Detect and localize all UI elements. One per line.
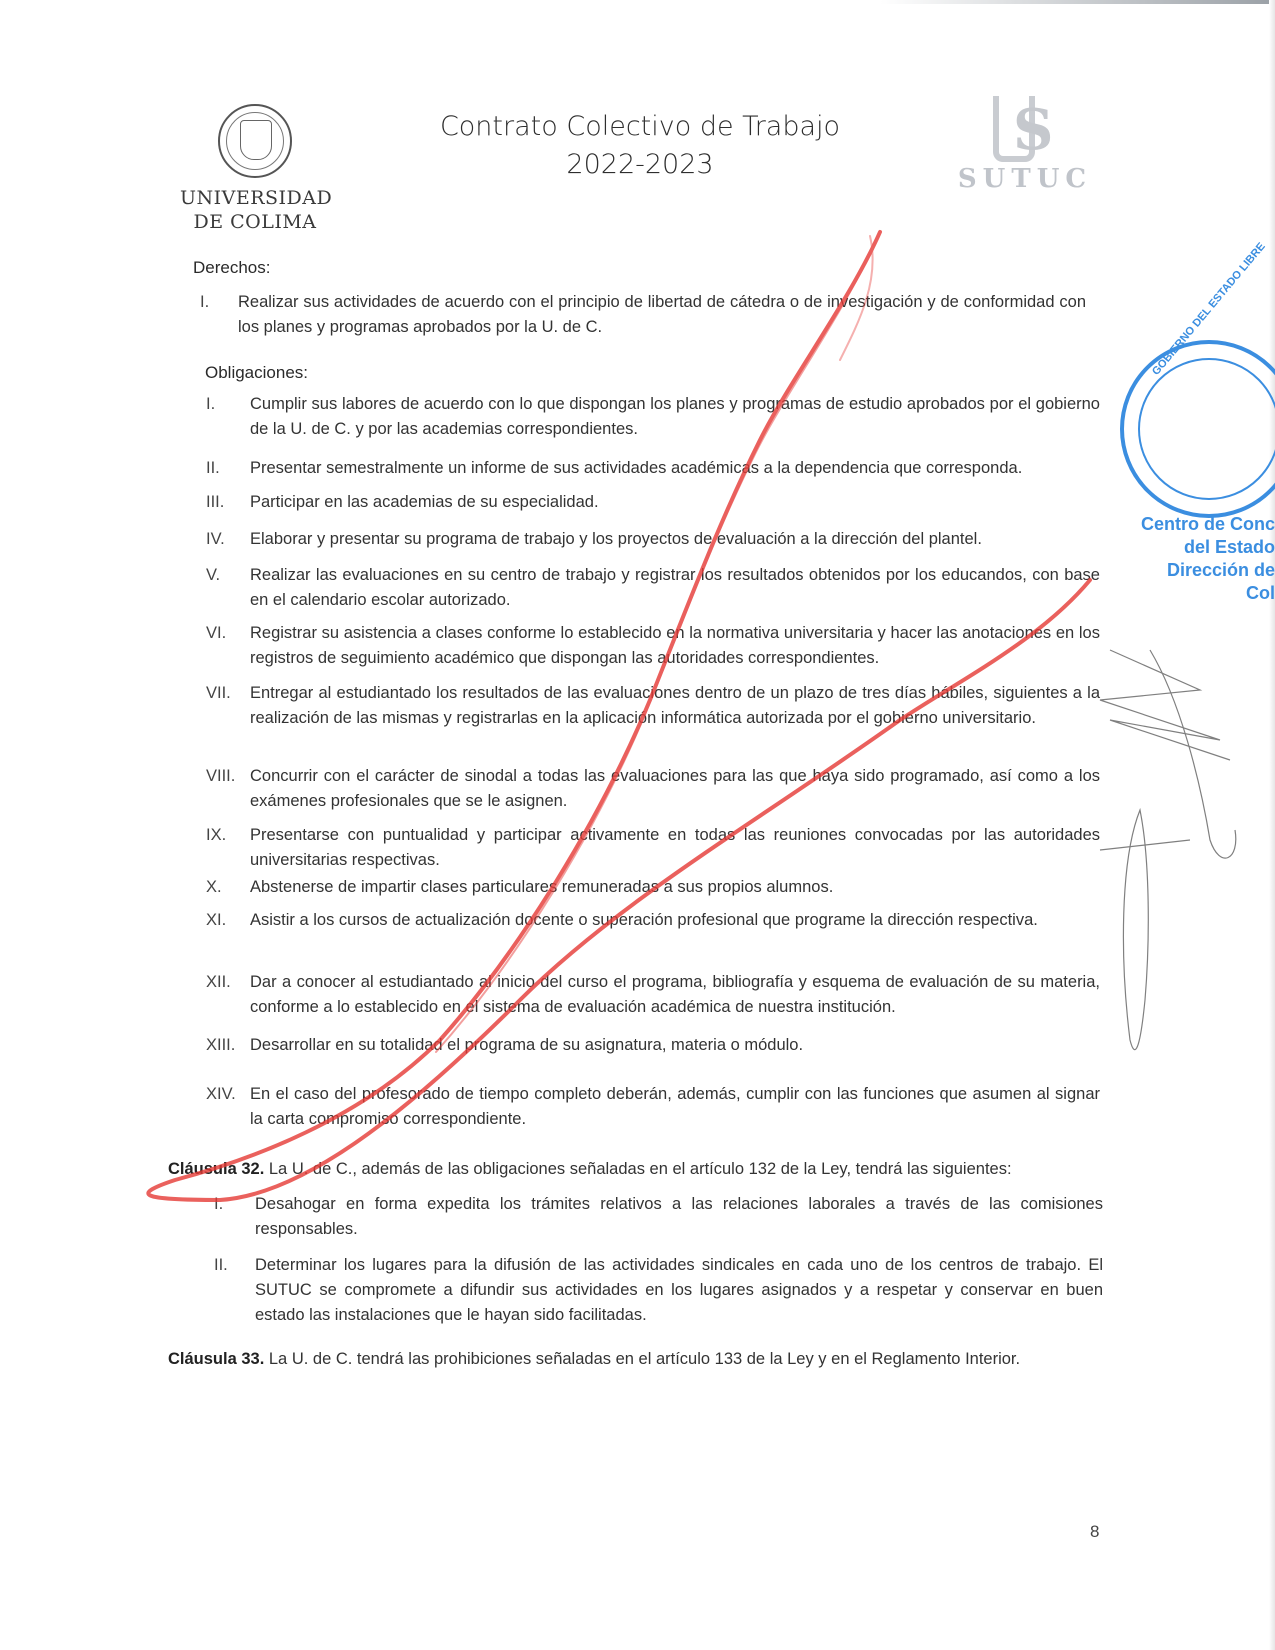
item-number: XIII. xyxy=(206,1033,235,1058)
obligaciones-heading: Obligaciones: xyxy=(205,363,308,383)
obligacion-item: V.Realizar las evaluaciones en su centro… xyxy=(206,563,1100,613)
item-number: II. xyxy=(206,456,220,481)
item-text: Desahogar en forma expedita los trámites… xyxy=(255,1192,1103,1242)
obligacion-item: IV.Elaborar y presentar su programa de t… xyxy=(206,527,1100,552)
item-number: III. xyxy=(206,490,224,515)
obligacion-item: XIV.En el caso del profesorado de tiempo… xyxy=(206,1082,1100,1132)
official-stamp-seal-icon: GOBIERNO DEL ESTADO LIBRE xyxy=(1120,340,1275,518)
clausula-32-item: II.Determinar los lugares para la difusi… xyxy=(214,1253,1103,1328)
obligacion-item: VII.Entregar al estudiantado los resulta… xyxy=(206,681,1100,731)
sutuc-logo: S SUTUC xyxy=(955,92,1095,194)
item-number: IV. xyxy=(206,527,225,552)
item-text: Presentar semestralmente un informe de s… xyxy=(250,456,1100,481)
item-text: Asistir a los cursos de actualización do… xyxy=(250,908,1100,933)
scan-page-edge-right xyxy=(1269,0,1275,1650)
item-text: Desarrollar en su totalidad el programa … xyxy=(250,1033,1100,1058)
item-number: X. xyxy=(206,875,222,900)
sutuc-emblem-icon: S xyxy=(985,92,1065,164)
derecho-item: I.Realizar sus actividades de acuerdo co… xyxy=(200,290,1086,340)
item-number: XI. xyxy=(206,908,226,933)
institution-name: UNIVERSIDAD DE COLIMA xyxy=(180,186,330,234)
obligacion-item: IX.Presentarse con puntualidad y partici… xyxy=(206,823,1100,873)
obligacion-item: XII.Dar a conocer al estudiantado al ini… xyxy=(206,970,1100,1020)
item-text: Entregar al estudiantado los resultados … xyxy=(250,681,1100,731)
official-stamp-text: Centro de Conc del Estado Dirección de C… xyxy=(1085,513,1275,605)
scan-page-edge xyxy=(880,0,1275,4)
item-text: Determinar los lugares para la difusión … xyxy=(255,1253,1103,1328)
derechos-heading: Derechos: xyxy=(193,258,270,278)
clausula-32: Cláusula 32. La U. de C., además de las … xyxy=(168,1160,1012,1179)
item-number: IX. xyxy=(206,823,226,848)
document-title: Contrato Colectivo de Trabajo 2022-2023 xyxy=(360,108,920,184)
item-text: Realizar sus actividades de acuerdo con … xyxy=(238,290,1086,340)
clausula-32-item: I.Desahogar en forma expedita los trámit… xyxy=(214,1192,1103,1242)
item-number: XIV. xyxy=(206,1082,236,1107)
obligacion-item: X.Abstenerse de impartir clases particul… xyxy=(206,875,1100,900)
item-text: Participar en las academias de su especi… xyxy=(250,490,1100,515)
obligacion-item: XIII.Desarrollar en su totalidad el prog… xyxy=(206,1033,1100,1058)
obligacion-item: III.Participar en las academias de su es… xyxy=(206,490,1100,515)
item-number: VI. xyxy=(206,621,226,646)
page-number: 8 xyxy=(1090,1522,1099,1542)
obligacion-item: I.Cumplir sus labores de acuerdo con lo … xyxy=(206,392,1100,442)
item-number: VIII. xyxy=(206,764,235,789)
pencil-signature-mark xyxy=(1100,650,1236,1050)
item-number: I. xyxy=(200,290,209,315)
item-number: XII. xyxy=(206,970,231,995)
item-text: Presentarse con puntualidad y participar… xyxy=(250,823,1100,873)
clausula-33: Cláusula 33. La U. de C. tendrá las proh… xyxy=(168,1350,1020,1369)
item-text: Abstenerse de impartir clases particular… xyxy=(250,875,1100,900)
obligacion-item: XI.Asistir a los cursos de actualización… xyxy=(206,908,1100,933)
document-period: 2022-2023 xyxy=(360,146,920,184)
item-text: En el caso del profesorado de tiempo com… xyxy=(250,1082,1100,1132)
item-number: V. xyxy=(206,563,220,588)
obligacion-item: VIII.Concurrir con el carácter de sinoda… xyxy=(206,764,1100,814)
item-number: I. xyxy=(206,392,215,417)
item-text: Elaborar y presentar su programa de trab… xyxy=(250,527,1100,552)
obligacion-item: II.Presentar semestralmente un informe d… xyxy=(206,456,1100,481)
item-text: Cumplir sus labores de acuerdo con lo qu… xyxy=(250,392,1100,442)
universidad-de-colima-logo: UNIVERSIDAD DE COLIMA xyxy=(180,104,330,234)
item-text: Dar a conocer al estudiantado al inicio … xyxy=(250,970,1100,1020)
item-text: Registrar su asistencia a clases conform… xyxy=(250,621,1100,671)
university-seal-icon xyxy=(218,104,292,178)
obligacion-item: VI.Registrar su asistencia a clases conf… xyxy=(206,621,1100,671)
item-text: Concurrir con el carácter de sinodal a t… xyxy=(250,764,1100,814)
item-number: II. xyxy=(214,1253,228,1278)
item-text: Realizar las evaluaciones en su centro d… xyxy=(250,563,1100,613)
item-number: VII. xyxy=(206,681,231,706)
item-number: I. xyxy=(214,1192,223,1217)
